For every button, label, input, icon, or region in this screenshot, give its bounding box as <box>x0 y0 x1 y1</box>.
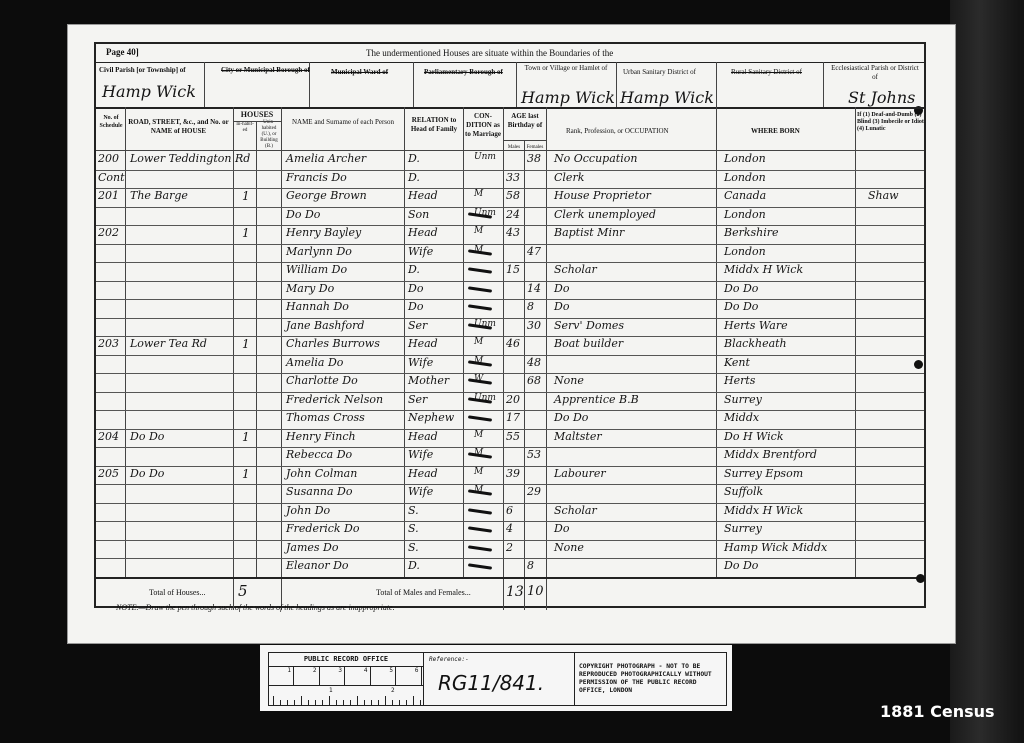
condition-strike-mark <box>468 545 492 551</box>
relation-cell: Mother <box>408 374 449 387</box>
table-row: John DoS.6ScholarMiddx H Wick <box>96 503 924 523</box>
name-cell: Amelia Archer <box>286 152 366 165</box>
occupation-cell: None <box>554 541 584 554</box>
occupation-cell: House Proprietor <box>554 189 651 202</box>
scale-cm-mark: 6 <box>397 667 422 685</box>
condition-cell: Unm <box>474 152 496 162</box>
table-row: Mary DoDo14DoDo Do <box>96 281 924 301</box>
urban-sanitary-value: Hamp Wick <box>620 88 714 107</box>
total-houses-value: 5 <box>238 582 248 600</box>
total-houses-label: Total of Houses... <box>149 588 206 597</box>
condition-cell: M <box>474 467 483 477</box>
occupation-cell: Clerk unemployed <box>554 208 656 221</box>
col-occupation: Rank, Profession, or OCCUPATION <box>566 127 669 136</box>
table-row: Eleanor DoD.8Do Do <box>96 558 924 578</box>
schedule-cell: 205 <box>98 467 119 480</box>
where-born-cell: Herts <box>724 374 755 387</box>
condition-strike-mark <box>468 564 492 570</box>
relation-cell: Nephew <box>408 411 454 424</box>
pro-office-title: PUBLIC RECORD OFFICE <box>269 655 423 663</box>
relation-cell: S. <box>408 541 419 554</box>
name-cell: Marlynn Do <box>286 245 352 258</box>
occupation-cell: Do <box>554 282 569 295</box>
female-age-cell: 8 <box>527 300 534 313</box>
reference-label: Reference:- <box>429 656 469 663</box>
where-born-cell: Berkshire <box>724 226 779 239</box>
male-age-cell: 58 <box>506 189 520 202</box>
copyright-notice: COPYRIGHT PHOTOGRAPH - NOT TO BE REPRODU… <box>579 663 721 695</box>
where-born-cell: Middx <box>724 411 759 424</box>
col-relation: RELATION to Head of Family <box>406 116 462 134</box>
where-born-cell: Suffolk <box>724 485 763 498</box>
table-row: Marlynn DoWifeM47London <box>96 244 924 264</box>
where-born-cell: Do Do <box>724 282 758 295</box>
film-edge <box>950 0 1024 743</box>
condition-cell: M <box>474 189 483 199</box>
civil-parish-value: Hamp Wick <box>102 82 196 101</box>
col-inhabited: In-habit-ed <box>234 122 256 134</box>
female-age-cell: 53 <box>527 448 541 461</box>
table-row: 205Do Do1John ColmanHeadM39LabourerSurre… <box>96 466 924 486</box>
name-cell: Susanna Do <box>286 485 353 498</box>
name-cell: William Do <box>286 263 347 276</box>
where-born-cell: Do Do <box>724 559 758 572</box>
name-cell: Frederick Do <box>286 522 360 535</box>
rural-sanitary-label: Rural Sanitary District of <box>731 68 802 77</box>
relation-cell: Son <box>408 208 429 221</box>
municipal-borough-label: City or Municipal Borough of <box>221 66 310 75</box>
table-row: Amelia DoWifeM48Kent <box>96 355 924 375</box>
name-cell: Thomas Cross <box>286 411 365 424</box>
col-age: AGE last Birthday of <box>504 112 546 130</box>
where-born-cell: Herts Ware <box>724 319 788 332</box>
table-row: Frederick DoS.4DoSurrey <box>96 521 924 541</box>
name-cell: John Do <box>286 504 330 517</box>
male-age-cell: 39 <box>506 467 520 480</box>
relation-cell: S. <box>408 504 419 517</box>
road-cell: Lower Teddington Rd <box>130 152 250 165</box>
infirmity-cell: Shaw <box>868 189 899 202</box>
town-village-value: Hamp Wick <box>521 88 615 107</box>
ecclesiastical-label: Ecclesiastical Parish or District of <box>829 64 921 82</box>
urban-sanitary-label: Urban Sanitary District of <box>623 68 696 77</box>
table-row: 204Do Do1Henry FinchHeadM55MaltsterDo H … <box>96 429 924 449</box>
col-uninhabited: Unin-habited (U.), or Building (B.) <box>257 120 281 150</box>
schedule-cell: 200 <box>98 152 119 165</box>
relation-cell: Head <box>408 226 438 239</box>
punch-hole <box>914 360 923 369</box>
table-row: Charlotte DoMotherW68NoneHerts <box>96 373 924 393</box>
relation-cell: Wife <box>408 448 433 461</box>
relation-cell: Wife <box>408 245 433 258</box>
public-record-office-label: PUBLIC RECORD OFFICE 12345612 Reference:… <box>260 645 732 711</box>
female-age-cell: 68 <box>527 374 541 387</box>
male-age-cell: 55 <box>506 430 520 443</box>
male-age-cell: 4 <box>506 522 513 535</box>
where-born-cell: Surrey <box>724 522 762 535</box>
total-persons-label: Total of Males and Females... <box>376 588 471 597</box>
table-row: 201The Barge1George BrownHeadM58House Pr… <box>96 188 924 208</box>
name-cell: Henry Finch <box>286 430 356 443</box>
occupation-cell: Do Do <box>554 411 588 424</box>
name-cell: Jane Bashford <box>286 319 364 332</box>
col-infirmity: If (1) Deaf-and-Dumb (2) Blind (3) Imbec… <box>857 112 925 133</box>
where-born-cell: Surrey <box>724 393 762 406</box>
schedule-cell: 202 <box>98 226 119 239</box>
census-rows: 200Lower Teddington RdAmelia ArcherD.Unm… <box>96 151 924 577</box>
scale-cm-mark: 3 <box>320 667 345 685</box>
condition-strike-mark <box>468 527 492 533</box>
relation-cell: D. <box>408 263 420 276</box>
condition-cell: M <box>474 226 483 236</box>
male-age-cell: 43 <box>506 226 520 239</box>
ecclesiastical-value: St Johns <box>848 88 915 107</box>
col-schedule: No. of Schedule <box>97 114 125 130</box>
female-age-cell: 47 <box>527 245 541 258</box>
scale-inch-mark: 1 <box>329 687 333 694</box>
census-form: Page 40] The undermentioned Houses are s… <box>94 42 926 608</box>
table-row: Jane BashfordSerUnm30Serv' DomesHerts Wa… <box>96 318 924 338</box>
relation-cell: Do <box>408 300 423 313</box>
total-males: 13 <box>506 584 524 600</box>
parliamentary-borough-label: Parliamentary Borough of <box>424 68 503 77</box>
relation-cell: D. <box>408 171 420 184</box>
relation-cell: Ser <box>408 319 427 332</box>
name-cell: Francis Do <box>286 171 347 184</box>
female-age-cell: 14 <box>527 282 541 295</box>
col-condition: CON-DITION as to Marriage <box>464 112 502 139</box>
condition-strike-mark <box>468 508 492 514</box>
inhabited-cell: 1 <box>242 226 250 240</box>
female-age-cell: 48 <box>527 356 541 369</box>
occupation-cell: Labourer <box>554 467 606 480</box>
table-row: Frederick NelsonSerUnm20Apprentice B.BSu… <box>96 392 924 412</box>
schedule-cell: 204 <box>98 430 119 443</box>
where-born-cell: Hamp Wick Middx <box>724 541 827 554</box>
table-row: James DoS.2NoneHamp Wick Middx <box>96 540 924 560</box>
male-age-cell: 24 <box>506 208 520 221</box>
scale-cm-mark: 1 <box>269 667 294 685</box>
name-cell: Eleanor Do <box>286 559 349 572</box>
schedule-cell: 201 <box>98 189 119 202</box>
relation-cell: Do <box>408 282 423 295</box>
scale-inch-mark: 2 <box>391 687 395 694</box>
scale-cm-mark: 4 <box>346 667 371 685</box>
relation-cell: D. <box>408 152 420 165</box>
page-number: Page 40] <box>106 48 139 57</box>
where-born-cell: Middx Brentford <box>724 448 817 461</box>
where-born-cell: Middx H Wick <box>724 263 803 276</box>
inhabited-cell: 1 <box>242 337 250 351</box>
scale-cm-mark: 2 <box>295 667 320 685</box>
occupation-cell: Boat builder <box>554 337 623 350</box>
punch-hole <box>916 574 925 583</box>
relation-cell: D. <box>408 559 420 572</box>
schedule-cell: Cont <box>98 171 125 184</box>
male-age-cell: 17 <box>506 411 520 424</box>
occupation-cell: None <box>554 374 584 387</box>
table-row: William DoD.15ScholarMiddx H Wick <box>96 262 924 282</box>
table-row: ContFrancis DoD.33ClerkLondon <box>96 170 924 190</box>
table-row: 2021Henry BayleyHeadM43Baptist MinrBerks… <box>96 225 924 245</box>
col-road: ROAD, STREET, &c., and No. or NAME of HO… <box>126 118 231 136</box>
where-born-cell: Do H Wick <box>724 430 784 443</box>
name-cell: Amelia Do <box>286 356 343 369</box>
table-row: Hannah DoDo8DoDo Do <box>96 299 924 319</box>
name-cell: Charlotte Do <box>286 374 358 387</box>
condition-strike-mark <box>468 267 492 273</box>
where-born-cell: London <box>724 245 766 258</box>
name-cell: Do Do <box>286 208 320 221</box>
condition-cell: M <box>474 430 483 440</box>
female-age-cell: 29 <box>527 485 541 498</box>
occupation-cell: Do <box>554 300 569 313</box>
where-born-cell: Blackheath <box>724 337 787 350</box>
occupation-cell: Apprentice B.B <box>554 393 639 406</box>
inhabited-cell: 1 <box>242 430 250 444</box>
relation-cell: Head <box>408 189 438 202</box>
total-females: 10 <box>527 584 544 599</box>
name-cell: Frederick Nelson <box>286 393 383 406</box>
name-cell: Hannah Do <box>286 300 349 313</box>
form-title: The undermentioned Houses are situate wi… <box>366 49 613 58</box>
where-born-cell: Kent <box>724 356 750 369</box>
male-age-cell: 46 <box>506 337 520 350</box>
col-where-born: WHERE BORN <box>751 127 800 136</box>
name-cell: James Do <box>286 541 339 554</box>
road-cell: Do Do <box>130 467 164 480</box>
occupation-cell: Scholar <box>554 504 597 517</box>
occupation-cell: Serv' Domes <box>554 319 624 332</box>
measurement-scale: 12345612 <box>269 666 423 705</box>
form-note: NOTE.—Draw the pen through such of the w… <box>116 603 395 612</box>
municipal-ward-label: Municipal Ward of <box>331 68 388 77</box>
occupation-cell: Maltster <box>554 430 602 443</box>
census-caption: 1881 Census <box>880 702 995 721</box>
relation-cell: Head <box>408 337 438 350</box>
col-houses: HOUSES <box>234 110 280 119</box>
name-cell: John Colman <box>286 467 357 480</box>
table-row: Do DoSonUnm24Clerk unemployedLondon <box>96 207 924 227</box>
where-born-cell: London <box>724 208 766 221</box>
reference-value: RG11/841. <box>438 671 544 695</box>
table-row: 203Lower Tea Rd1Charles BurrowsHeadM46Bo… <box>96 336 924 356</box>
inhabited-cell: 1 <box>242 467 250 481</box>
relation-cell: Wife <box>408 356 433 369</box>
scale-cm-mark: 5 <box>371 667 396 685</box>
where-born-cell: Canada <box>724 189 766 202</box>
condition-strike-mark <box>468 305 492 311</box>
male-age-cell: 33 <box>506 171 520 184</box>
male-age-cell: 2 <box>506 541 513 554</box>
condition-strike-mark <box>468 416 492 422</box>
occupation-cell: Scholar <box>554 263 597 276</box>
relation-cell: Wife <box>408 485 433 498</box>
where-born-cell: London <box>724 171 766 184</box>
table-row: 200Lower Teddington RdAmelia ArcherD.Unm… <box>96 151 924 171</box>
occupation-cell: Clerk <box>554 171 584 184</box>
road-cell: The Barge <box>130 189 188 202</box>
name-cell: Henry Bayley <box>286 226 361 239</box>
where-born-cell: Middx H Wick <box>724 504 803 517</box>
male-age-cell: 15 <box>506 263 520 276</box>
table-row: Rebecca DoWifeM53Middx Brentford <box>96 447 924 467</box>
town-village-label: Town or Village or Hamlet of <box>520 64 612 73</box>
inhabited-cell: 1 <box>242 189 250 203</box>
where-born-cell: Do Do <box>724 300 758 313</box>
name-cell: Mary Do <box>286 282 334 295</box>
occupation-cell: Baptist Minr <box>554 226 624 239</box>
male-age-cell: 20 <box>506 393 520 406</box>
schedule-cell: 203 <box>98 337 119 350</box>
female-age-cell: 38 <box>527 152 541 165</box>
table-row: Thomas CrossNephew17Do DoMiddx <box>96 410 924 430</box>
road-cell: Lower Tea Rd <box>130 337 207 350</box>
where-born-cell: Surrey Epsom <box>724 467 803 480</box>
relation-cell: Head <box>408 430 438 443</box>
occupation-cell: No Occupation <box>554 152 637 165</box>
name-cell: Rebecca Do <box>286 448 352 461</box>
occupation-cell: Do <box>554 522 569 535</box>
name-cell: Charles Burrows <box>286 337 380 350</box>
civil-parish-label: Civil Parish [or Township] of <box>99 66 186 75</box>
census-page: Page 40] The undermentioned Houses are s… <box>68 25 955 643</box>
col-name: NAME and Surname of each Person <box>284 118 402 127</box>
relation-cell: Ser <box>408 393 427 406</box>
condition-strike-mark <box>468 286 492 292</box>
relation-cell: S. <box>408 522 419 535</box>
where-born-cell: London <box>724 152 766 165</box>
relation-cell: Head <box>408 467 438 480</box>
table-row: Susanna DoWifeM29Suffolk <box>96 484 924 504</box>
male-age-cell: 6 <box>506 504 513 517</box>
name-cell: George Brown <box>286 189 367 202</box>
female-age-cell: 8 <box>527 559 534 572</box>
condition-cell: M <box>474 337 483 347</box>
female-age-cell: 30 <box>527 319 541 332</box>
road-cell: Do Do <box>130 430 164 443</box>
